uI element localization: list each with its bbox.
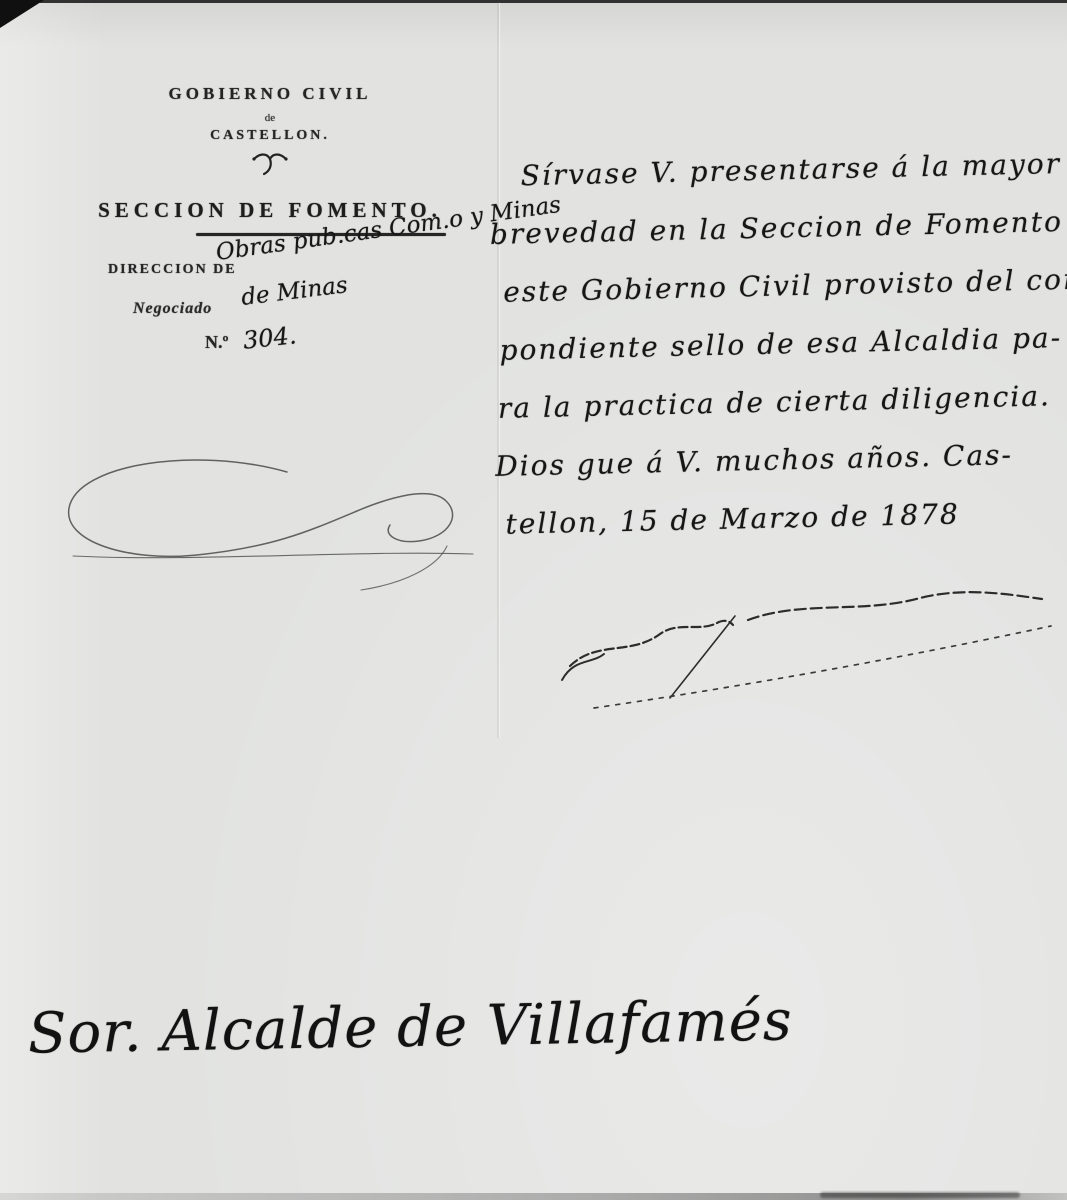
- letterhead-de: de: [0, 112, 540, 124]
- letterhead-city: CASTELLON.: [0, 128, 540, 144]
- negociado-handwritten-value: de Minas: [240, 272, 349, 311]
- body-line-7: tellon, 15 de Marzo de 1878: [496, 483, 1067, 554]
- number-label: N.º: [205, 332, 228, 353]
- scanned-letter-page: GOBIERNO CIVIL de CASTELLON. SECCION DE …: [0, 0, 1067, 1200]
- pen-paraph-flourish: [25, 438, 485, 593]
- scan-corner-artifact: [0, 0, 44, 28]
- number-handwritten-value: 304.: [242, 321, 298, 354]
- addressee-line: Sor. Alcalde de Villafamés: [27, 988, 793, 1066]
- fleuron-ornament-icon: [250, 150, 290, 180]
- scan-bottom-smudge: [820, 1192, 1020, 1198]
- negociado-label: Negociado: [133, 300, 212, 318]
- letterhead-government: GOBIERNO CIVIL: [0, 84, 540, 104]
- letter-body: Sírvase V. presentarse á la mayor breved…: [488, 135, 1067, 554]
- signature-rubric: [552, 568, 1057, 713]
- scan-top-edge-artifact: [0, 0, 1067, 3]
